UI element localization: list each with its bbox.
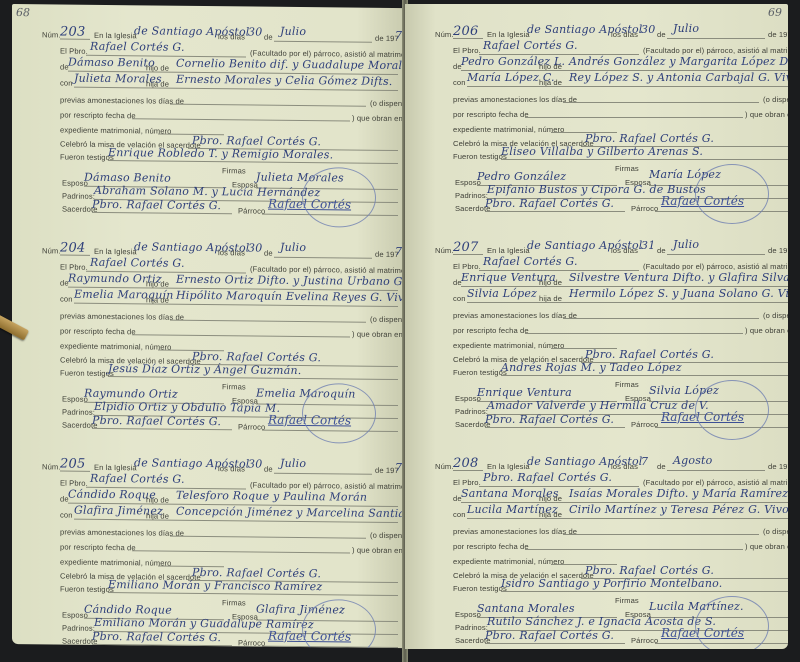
record-number: 203 — [60, 25, 85, 40]
bride-parents: Rey López S. y Antonia Carbajal G. Vivos — [569, 71, 788, 84]
witnesses: Enrique Robledo T. y Remigio Morales. — [108, 146, 333, 161]
label-of: de — [264, 249, 273, 258]
marriage-record: Núm. 204 En la Iglesia de Santiago Apóst… — [12, 214, 404, 428]
label-con: con — [453, 294, 466, 303]
label-godparents: Padrinos: — [62, 192, 95, 201]
record-number: 206 — [453, 24, 478, 39]
label-witnesses: Fueron testigos — [60, 153, 114, 163]
witnesses: Jesús Díaz Ortiz y Ángel Guzmán. — [108, 362, 301, 377]
bride-parents: Hermilo López S. y Juana Solano G. Vivos — [569, 287, 788, 300]
mass-priest: Pbro. Rafael Cortés G. — [585, 132, 714, 145]
label-signatures: Firmas — [615, 164, 639, 173]
label-file: expediente matrimonial, número — [60, 558, 171, 568]
bride-parents: Hipólito Maroquín Evelina Reyes G. Vivos — [176, 289, 404, 305]
label-signatures: Firmas — [222, 382, 246, 391]
label-num: Núm. — [435, 30, 454, 39]
label-witnesses: Fueron testigos — [453, 152, 507, 161]
label-of: de — [657, 30, 666, 39]
label-banns: previas amonestaciones los días de — [60, 96, 184, 106]
label-witnesses: Fueron testigos — [453, 368, 507, 377]
label-que-obran: ) que obran en el — [745, 542, 788, 551]
officiating-priest: Rafael Cortés G. — [483, 39, 578, 52]
label-que-obran: ) que obran en el — [745, 326, 788, 335]
record-day: 30 — [641, 23, 655, 36]
groom-signature: Pedro González — [477, 170, 566, 183]
label-dispensation: (o dispensas — [763, 311, 788, 320]
label-priest: El Pbro. — [60, 479, 88, 488]
label-rescript: por rescripto fecha de — [60, 327, 136, 337]
label-priest: El Pbro. — [60, 47, 88, 56]
witnesses: Eliseo Villalba y Gilberto Arenas S. — [501, 145, 703, 158]
record-month: Julio — [673, 22, 699, 35]
label-signatures: Firmas — [615, 596, 639, 605]
label-que-obran: ) que obran en el — [352, 546, 404, 556]
mass-priest: Pbro. Rafael Cortés G. — [192, 350, 321, 364]
record-number: 205 — [60, 457, 85, 472]
label-of: de — [657, 462, 666, 471]
label-rescript: por rescripto fecha de — [453, 542, 529, 551]
label-year: de 197 — [768, 246, 788, 255]
record-month: Julio — [280, 241, 306, 254]
label-godparents: Padrinos: — [62, 408, 95, 417]
groom-parents: Isaías Morales Difto. y María Ramírez G.… — [569, 487, 788, 500]
label-file: expediente matrimonial, número — [60, 342, 171, 352]
label-church: En la Iglesia — [94, 463, 137, 472]
groom-parents: Ernesto Ortiz Difto. y Justina Urbano G.… — [176, 273, 404, 289]
record-month: Agosto — [673, 454, 713, 467]
label-church: En la Iglesia — [94, 31, 137, 40]
label-file: expediente matrimonial, número — [453, 341, 564, 350]
label-godparents: Padrinos: — [455, 407, 488, 416]
label-dispensation: (o dispensas — [370, 531, 404, 540]
label-con: con — [60, 295, 73, 304]
label-godparents: Padrinos: — [455, 623, 488, 632]
officiating-priest: Rafael Cortés G. — [90, 256, 185, 270]
label-con: con — [60, 511, 73, 520]
label-godparents: Padrinos: — [455, 191, 488, 200]
mass-priest: Pbro. Rafael Cortés G. — [192, 566, 321, 580]
label-faculty: (Facultado por el) párroco, asistió al m… — [643, 262, 788, 271]
godparents: Elpidio Ortiz y Obdulio Tapia M. — [94, 400, 280, 415]
parish-seal — [695, 596, 769, 649]
officiating-priest: Rafael Cortés G. — [90, 472, 185, 486]
officiating-priest: Rafael Cortés G. — [90, 40, 185, 54]
label-dispensation: (o dispensas — [370, 99, 404, 108]
label-faculty: (Facultado por el) párroco, asistió al m… — [643, 46, 788, 55]
marriage-record: Núm. 208 En la Iglesia de Santiago Apóst… — [405, 430, 788, 640]
label-banns: previas amonestaciones los días de — [453, 95, 577, 104]
priest-signature: Pbro. Rafael Cortés G. — [485, 413, 614, 426]
groom-name: Cándido Roque — [68, 488, 156, 502]
priest-signature: Pbro. Rafael Cortés G. — [485, 629, 614, 642]
label-priest: El Pbro. — [60, 263, 88, 272]
label-days: los días — [218, 248, 245, 257]
label-num: Núm. — [435, 246, 454, 255]
groom-parents: Silvestre Ventura Difto. y Glafira Silva… — [569, 271, 788, 284]
label-priest: El Pbro. — [453, 46, 481, 55]
label-signatures: Firmas — [222, 166, 246, 175]
label-file: expediente matrimonial, número — [60, 126, 171, 136]
label-rescript: por rescripto fecha de — [60, 543, 136, 553]
open-register-book: 68 Núm. 203 En la Iglesia de Santiago Ap… — [0, 0, 800, 662]
label-dispensation: (o dispensas — [763, 527, 788, 536]
label-con: con — [60, 79, 73, 88]
label-dispensation: (o dispensas — [763, 95, 788, 104]
record-day: 31 — [641, 239, 655, 252]
label-priest: El Pbro. — [453, 478, 481, 487]
label-rescript: por rescripto fecha de — [60, 111, 136, 121]
mass-priest: Pbro. Rafael Cortés G. — [585, 564, 714, 577]
label-church: En la Iglesia — [94, 247, 137, 256]
label-signatures: Firmas — [615, 380, 639, 389]
record-number: 208 — [453, 456, 478, 471]
groom-signature: Cándido Roque — [84, 603, 172, 617]
label-dispensation: (o dispensas — [370, 315, 404, 324]
label-num: Núm. — [42, 246, 61, 255]
groom-signature: Santana Morales — [477, 602, 575, 615]
label-godparents: Padrinos: — [62, 624, 95, 633]
label-year: de 197 — [768, 30, 788, 39]
marriage-record: Núm. 203 En la Iglesia de Santiago Apóst… — [12, 4, 404, 212]
bride-parents: Ernesto Morales y Celia Gómez Difts. — [176, 73, 392, 88]
label-num: Núm. — [435, 462, 454, 471]
label-banns: previas amonestaciones los días de — [453, 527, 577, 536]
label-days: los días — [218, 464, 245, 473]
label-days: los días — [611, 30, 638, 39]
label-witnesses: Fueron testigos — [60, 369, 114, 379]
mass-priest: Pbro. Rafael Cortés G. — [585, 348, 714, 361]
witnesses: Isidro Santiago y Porfirio Montelbano. — [501, 577, 722, 590]
priest-signature: Pbro. Rafael Cortés G. — [92, 198, 221, 212]
label-year: de 197 — [768, 462, 788, 471]
officiating-priest: Pbro. Rafael Cortés G. — [483, 471, 612, 484]
label-rescript: por rescripto fecha de — [453, 326, 529, 335]
label-banns: previas amonestaciones los días de — [60, 312, 184, 322]
priest-signature: Pbro. Rafael Cortés G. — [92, 630, 221, 644]
priest-signature: Pbro. Rafael Cortés G. — [485, 197, 614, 210]
groom-signature: Enrique Ventura — [477, 386, 572, 399]
label-of: de — [264, 33, 273, 42]
label-banns: previas amonestaciones los días de — [453, 311, 577, 320]
label-church: En la Iglesia — [487, 462, 530, 471]
groom-signature: Dámaso Benito — [84, 171, 171, 185]
label-witnesses: Fueron testigos — [60, 585, 114, 595]
parish-seal — [302, 599, 376, 648]
label-banns: previas amonestaciones los días de — [60, 528, 184, 538]
label-of: de — [657, 246, 666, 255]
label-file: expediente matrimonial, número — [453, 557, 564, 566]
label-signatures: Firmas — [222, 598, 246, 607]
record-number: 207 — [453, 240, 478, 255]
label-witnesses: Fueron testigos — [453, 584, 507, 593]
record-month: Julio — [280, 25, 306, 38]
label-num: Núm. — [42, 30, 61, 39]
bride-name: Silvia López — [467, 287, 537, 300]
marriage-record: Núm. 207 En la Iglesia de Santiago Apóst… — [405, 214, 788, 424]
witnesses: Emiliano Morán y Francisco Ramírez — [108, 578, 322, 593]
label-con: con — [453, 78, 466, 87]
label-file: expediente matrimonial, número — [453, 125, 564, 134]
label-con: con — [453, 510, 466, 519]
record-day: 7 — [641, 455, 648, 468]
label-num: Núm. — [42, 462, 61, 471]
bride-parents: Concepción Jiménez y Marcelina Santiago … — [176, 505, 404, 521]
record-number: 204 — [60, 241, 85, 256]
record-month: Julio — [673, 238, 699, 251]
groom-parents: Andrés González y Margarita López Difta. — [569, 55, 788, 68]
label-priest: El Pbro. — [453, 262, 481, 271]
priest-signature: Pbro. Rafael Cortés G. — [92, 414, 221, 428]
marriage-record: Núm. 205 En la Iglesia de Santiago Apóst… — [12, 430, 404, 644]
label-days: los días — [611, 462, 638, 471]
bride-parents: Cirilo Martínez y Teresa Pérez G. Vivos — [569, 503, 788, 516]
label-faculty: (Facultado por el) párroco, asistió al m… — [643, 478, 788, 487]
groom-signature: Raymundo Ortiz — [84, 387, 178, 401]
record-day: 30 — [248, 457, 262, 470]
right-page: 69 Núm. 206 En la Iglesia de Santiago Ap… — [405, 4, 788, 649]
record-day: 30 — [248, 241, 262, 254]
mass-priest: Pbro. Rafael Cortés G. — [192, 134, 321, 148]
marriage-record: Núm. 206 En la Iglesia de Santiago Apóst… — [405, 4, 788, 208]
witnesses: Andrés Rojas M. y Tadeo López — [501, 361, 682, 374]
label-days: los días — [611, 246, 638, 255]
groom-name: Dámaso Benito — [68, 56, 155, 70]
record-month: Julio — [280, 457, 306, 470]
groom-parents: Cornelio Benito dif. y Guadalupe Morales… — [176, 57, 404, 73]
label-que-obran: ) que obran en el — [352, 114, 404, 124]
label-of: de — [264, 465, 273, 474]
label-que-obran: ) que obran en el — [745, 110, 788, 119]
officiating-priest: Rafael Cortés G. — [483, 255, 578, 268]
left-page: 68 Núm. 203 En la Iglesia de Santiago Ap… — [12, 4, 404, 648]
label-que-obran: ) que obran en el — [352, 330, 404, 340]
label-rescript: por rescripto fecha de — [453, 110, 529, 119]
label-church: En la Iglesia — [487, 30, 530, 39]
label-days: los días — [218, 32, 245, 41]
record-day: 30 — [248, 25, 262, 38]
label-church: En la Iglesia — [487, 246, 530, 255]
groom-parents: Telesforo Roque y Paulina Morán — [176, 489, 367, 504]
